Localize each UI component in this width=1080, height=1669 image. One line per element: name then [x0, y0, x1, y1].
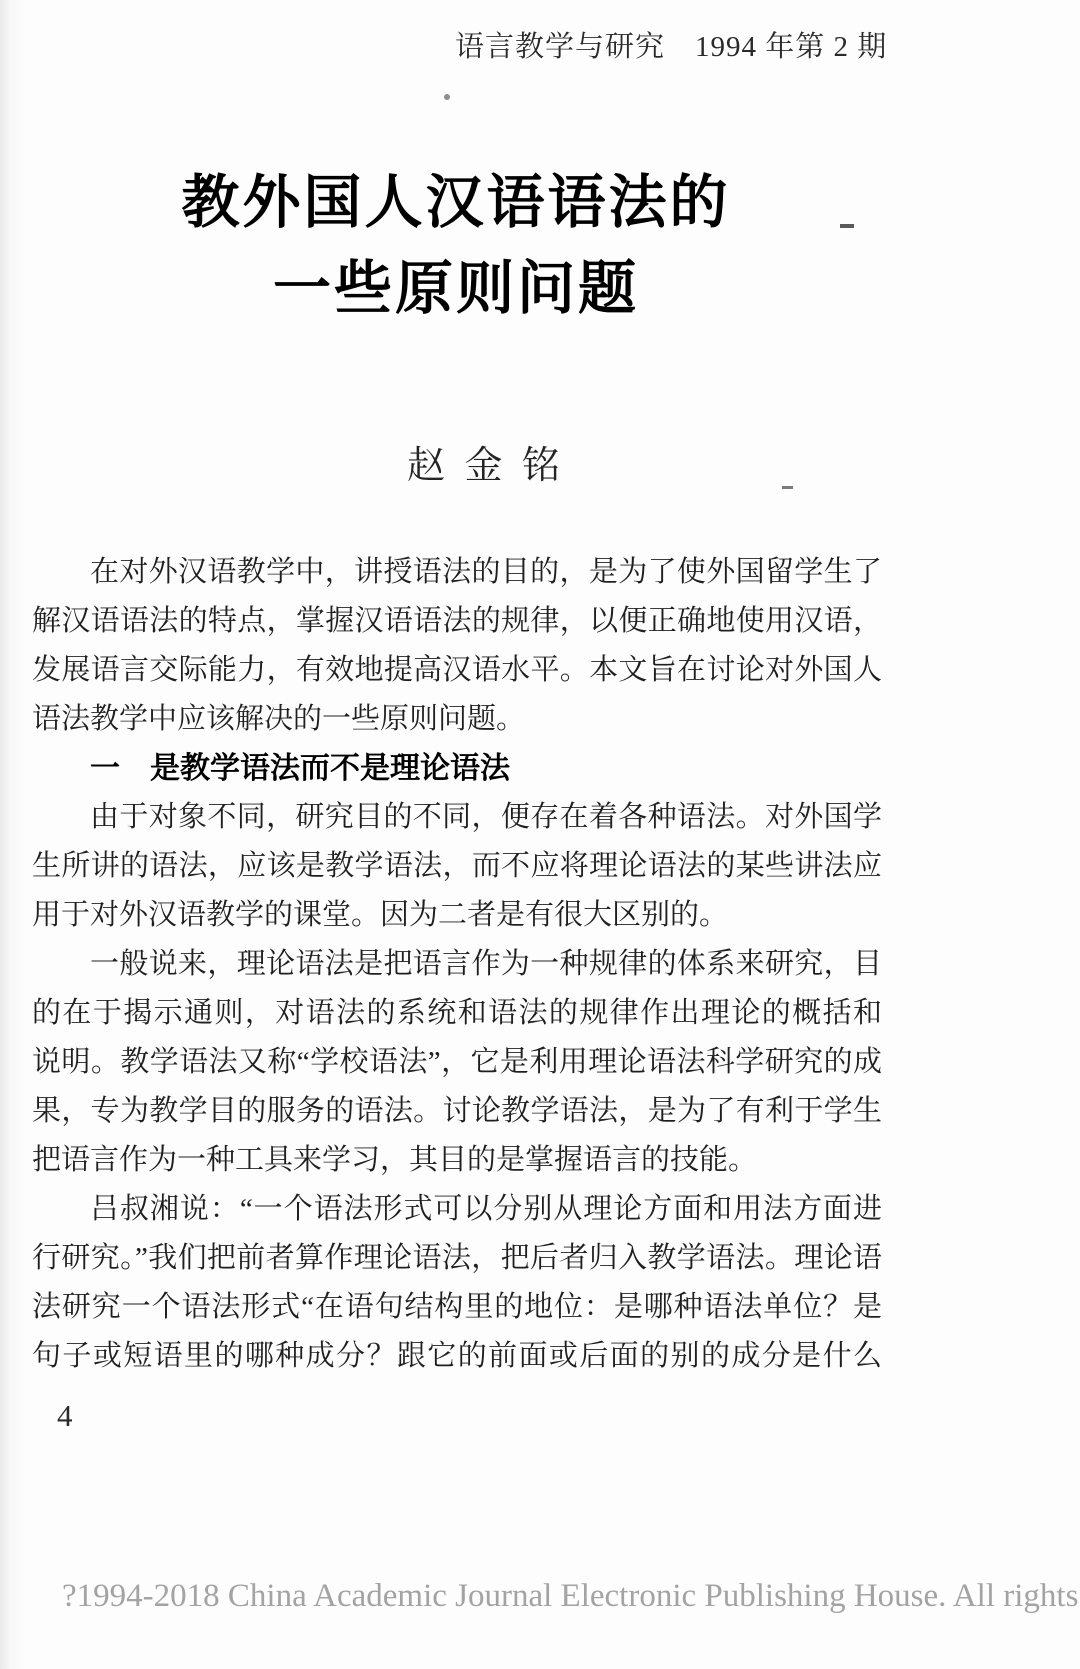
section-heading: 一 是教学语法而不是理论语法 — [32, 744, 882, 793]
title-line-1: 教外国人汉语语法的 — [30, 160, 882, 246]
publisher-watermark: ?1994-2018 China Academic Journal Electr… — [62, 1578, 1080, 1615]
text-line: 行研究。”我们把前者算作理论语法，把后者归入教学语法。理论语 — [32, 1234, 882, 1283]
scan-artifact-dot — [444, 94, 450, 100]
journal-header: 语言教学与研究 1994 年第 2 期 — [455, 24, 887, 65]
scanned-journal-page: 语言教学与研究 1994 年第 2 期 教外国人汉语语法的 一些原则问题 赵 金… — [0, 0, 1080, 1669]
text-line: 法研究一个语法形式“在语句结构里的地位：是哪种语法单位？是 — [32, 1283, 882, 1332]
article-body: 在对外汉语教学中，讲授语法的目的，是为了使外国留学生了 解汉语语法的特点，掌握汉… — [32, 548, 882, 1381]
title-line-2: 一些原则问题 — [30, 246, 882, 332]
text-line: 发展语言交际能力，有效地提高汉语水平。本文旨在讨论对外国人 — [32, 646, 882, 695]
text-line: 一般说来，理论语法是把语言作为一种规律的体系来研究，目 — [32, 940, 882, 989]
text-line: 果，专为教学目的服务的语法。讨论教学语法，是为了有利于学生 — [32, 1087, 882, 1136]
text-line: 由于对象不同，研究目的不同，便存在着各种语法。对外国学 — [32, 793, 882, 842]
text-line: 解汉语语法的特点，掌握汉语语法的规律，以便正确地使用汉语， — [32, 597, 882, 646]
text-line: 把语言作为一种工具来学习，其目的是掌握语言的技能。 — [32, 1136, 882, 1185]
text-line: 说明。教学语法又称“学校语法”，它是利用理论语法科学研究的成 — [32, 1038, 882, 1087]
page-number: 4 — [57, 1398, 73, 1434]
article-title: 教外国人汉语语法的 一些原则问题 — [30, 160, 882, 332]
text-line: 句子或短语里的哪种成分？跟它的前面或后面的别的成分是什么 — [32, 1332, 882, 1381]
scan-artifact-dash — [840, 224, 854, 228]
text-line: 语法教学中应该解决的一些原则问题。 — [32, 695, 882, 744]
text-line: 用于对外汉语教学的课堂。因为二者是有很大区别的。 — [32, 891, 882, 940]
scan-artifact-dash — [782, 486, 793, 489]
text-line: 在对外汉语教学中，讲授语法的目的，是为了使外国留学生了 — [32, 548, 882, 597]
text-line: 吕叔湘说：“一个语法形式可以分别从理论方面和用法方面进 — [32, 1185, 882, 1234]
author-name: 赵 金 铭 — [60, 434, 912, 489]
text-line: 的在于揭示通则，对语法的系统和语法的规律作出理论的概括和 — [32, 989, 882, 1038]
text-line: 生所讲的语法，应该是教学语法，而不应将理论语法的某些讲法应 — [32, 842, 882, 891]
